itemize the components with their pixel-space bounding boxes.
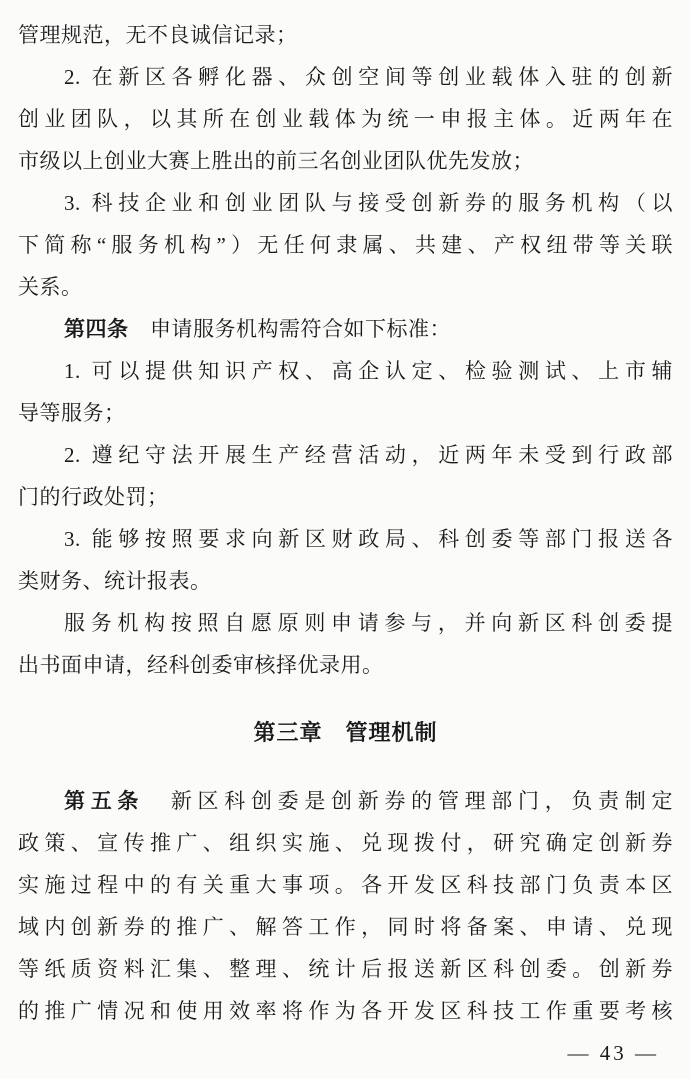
- body-line: 3. 能够按照要求向新区财政局、科创委等部门报送各: [18, 518, 673, 560]
- body-line: 域内创新券的推广、解答工作，同时将备案、申请、兑现: [18, 906, 673, 948]
- document-page: 管理规范，无不良诚信记录； 2. 在新区各孵化器、众创空间等创业载体入驻的创新 …: [0, 0, 691, 1079]
- body-line: 的推广情况和使用效率将作为各开发区科技工作重要考核: [18, 990, 673, 1032]
- body-line: 实施过程中的有关重大事项。各开发区科技部门负责本区: [18, 864, 673, 906]
- body-line: 2. 遵纪守法开展生产经营活动，近两年未受到行政部: [18, 434, 673, 476]
- chapter-heading: 第三章 管理机制: [18, 712, 673, 754]
- article-label: 第四条: [64, 317, 129, 341]
- body-line: 1. 可以提供知识产权、高企认定、检验测试、上市辅: [18, 350, 673, 392]
- body-line: 等纸质资料汇集、整理、统计后报送新区科创委。创新券: [18, 948, 673, 990]
- body-line: 市级以上创业大赛上胜出的前三名创业团队优先发放；: [18, 140, 673, 182]
- article-line: 第四条 申请服务机构需符合如下标准：: [18, 308, 673, 350]
- body-line: 关系。: [18, 266, 673, 308]
- body-line: 管理规范，无不良诚信记录；: [18, 14, 673, 56]
- body-line: 2. 在新区各孵化器、众创空间等创业载体入驻的创新: [18, 56, 673, 98]
- body-line: 导等服务；: [18, 392, 673, 434]
- body-line: 类财务、统计报表。: [18, 560, 673, 602]
- body-line: 政策、宣传推广、组织实施、兑现拨付，研究确定创新券: [18, 822, 673, 864]
- article-line: 第五条 新区科创委是创新券的管理部门，负责制定: [18, 780, 673, 822]
- body-line: 门的行政处罚；: [18, 476, 673, 518]
- body-line: 3. 科技企业和创业团队与接受创新券的服务机构（以: [18, 182, 673, 224]
- body-line: 出书面申请，经科创委审核择优录用。: [18, 644, 673, 686]
- page-number: — 43 —: [18, 1032, 673, 1074]
- body-line: 创业团队，以其所在创业载体为统一申报主体。近两年在: [18, 98, 673, 140]
- body-line: 下简称“服务机构”）无任何隶属、共建、产权纽带等关联: [18, 224, 673, 266]
- article-label: 第五条: [64, 789, 144, 813]
- body-line: 服务机构按照自愿原则申请参与，并向新区科创委提: [18, 602, 673, 644]
- article-text: 新区科创委是创新券的管理部门，负责制定: [144, 789, 673, 813]
- article-text: 申请服务机构需符合如下标准：: [129, 317, 452, 341]
